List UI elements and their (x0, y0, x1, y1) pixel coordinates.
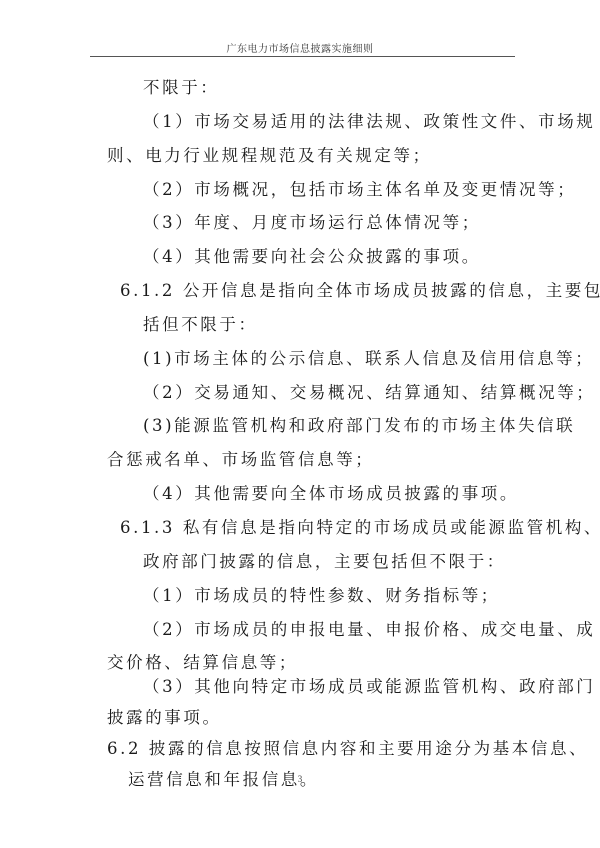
body-line: 6.1.3 私有信息是指向特定的市场成员或能源监管机构、 (120, 518, 600, 538)
body-line: (1)市场主体的公示信息、联系人信息及信用信息等； (143, 349, 594, 369)
body-line: （2）市场成员的申报电量、申报价格、成交电量、成 (143, 620, 595, 640)
header-rule (90, 56, 515, 57)
body-line: 交价格、结算信息等； (107, 653, 298, 673)
body-line: （1）市场成员的特性参数、财务指标等； (143, 586, 500, 606)
body-line: （3）其他向特定市场成员或能源监管机构、政府部门 (143, 677, 595, 697)
running-header-title: 广东电力市场信息披露实施细则 (0, 40, 600, 55)
page-number: 3 (0, 774, 600, 784)
body-line: 6.2 披露的信息按照信息内容和主要用途分为基本信息、 (107, 739, 588, 759)
body-line: 6.1.2 公开信息是指向全体市场成员披露的信息，主要包 (120, 281, 600, 301)
body-line: 政府部门披露的信息，主要包括但不限于： (143, 552, 506, 572)
document-page: 广东电力市场信息披露实施细则 不限于：（1）市场交易适用的法律法规、政策性文件、… (0, 0, 600, 848)
body-line: 括但不限于： (143, 315, 258, 335)
body-line: （2）交易通知、交易概况、结算通知、结算概况等； (143, 383, 595, 403)
body-line: 披露的事项。 (107, 708, 222, 728)
body-line: 不限于： (143, 78, 219, 98)
body-line: 合惩戒名单、市场监管信息等； (107, 450, 374, 470)
body-line: （3）年度、月度市场运行总体情况等； (143, 213, 481, 233)
body-line: （1）市场交易适用的法律法规、政策性文件、市场规 (143, 112, 595, 132)
body-line: （4）其他需要向社会公众披露的事项。 (143, 247, 481, 267)
body-line: （4）其他需要向全体市场成员披露的事项。 (143, 484, 519, 504)
body-line: 则、电力行业规程规范及有关规定等； (107, 146, 432, 166)
body-line: (3)能源监管机构和政府部门发布的市场主体失信联 (143, 416, 575, 436)
body-line: （2）市场概况，包括市场主体名单及变更情况等； (143, 180, 576, 200)
